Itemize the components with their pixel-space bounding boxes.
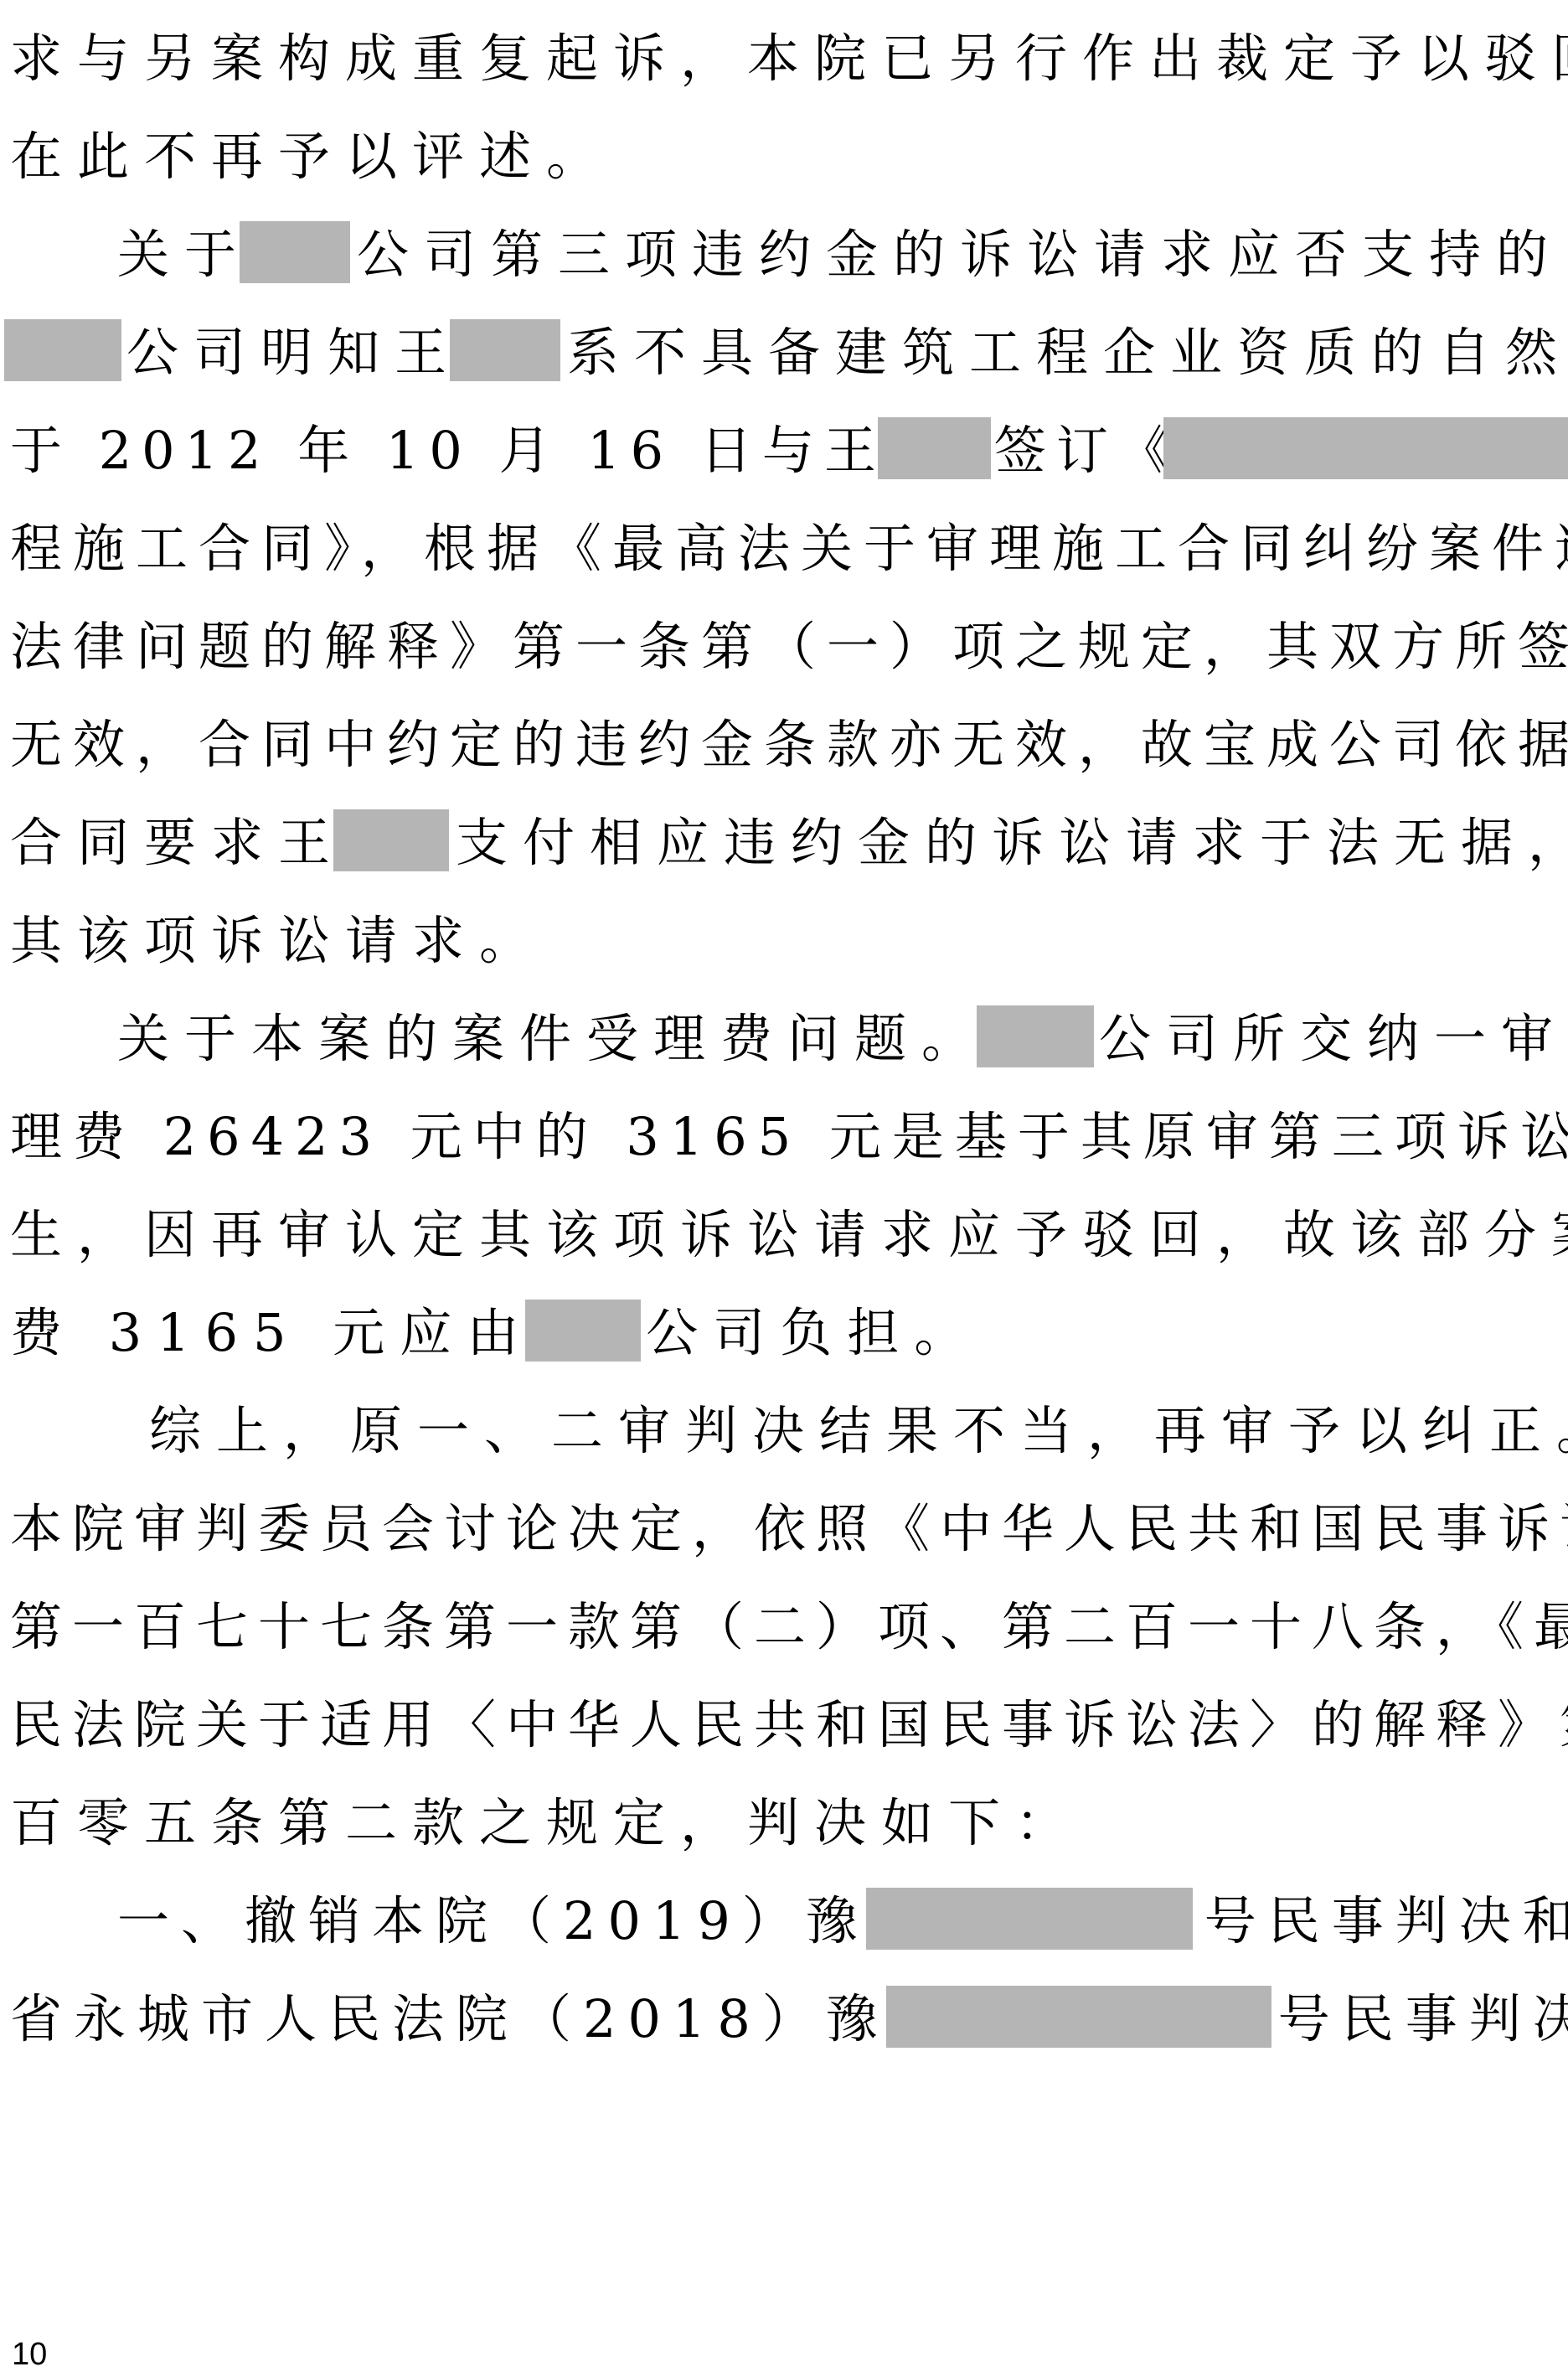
text-segment: 系不具备建筑工程企业资质的自然人，仍: [567, 311, 1568, 395]
text-line: 程施工合同》，根据《最高法关于审理施工合同纠纷案件适用: [10, 507, 1560, 591]
redaction-box: [866, 1888, 1193, 1950]
text-segment: 其该项诉讼请求。: [10, 899, 546, 983]
text-segment: 关于本案的案件受理费问题。: [117, 997, 988, 1081]
text-segment: 综上，原一、二审判决结果不当，再审予以纠正。本案经: [149, 1389, 1568, 1473]
text-segment: 第一百七十七条第一款第（二）项、第二百一十八条，《最高人: [10, 1585, 1568, 1669]
text-segment: 本院审判委员会讨论决定，依照《中华人民共和国民事诉讼法》: [10, 1487, 1568, 1571]
text-segment: 费 3165 元应由: [10, 1291, 534, 1375]
redaction-box: [886, 1986, 1271, 2048]
text-segment: 支付相应违约金的诉讼请求于法无据，应驳回: [456, 801, 1568, 885]
text-segment: 公司所交纳一审案件受: [1099, 997, 1568, 1081]
text-segment: 省永城市人民法院（2018）豫: [10, 1977, 890, 2061]
text-line: 百零五条第二款之规定，判决如下：: [10, 1781, 1560, 1865]
redaction-box: [1163, 417, 1568, 479]
text-line: 求与另案构成重复起诉，本院已另行作出裁定予以驳回起诉，: [10, 17, 1560, 101]
text-segment: 号民事判决和河南: [1204, 1879, 1568, 1963]
text-segment: 签订《: [994, 409, 1180, 493]
text-segment: 百零五条第二款之规定，判决如下：: [10, 1781, 1082, 1865]
text-line: 本院审判委员会讨论决定，依照《中华人民共和国民事诉讼法》: [10, 1487, 1560, 1571]
text-segment: 求与另案构成重复起诉，本院已另行作出裁定予以驳回起诉，: [10, 17, 1568, 101]
text-line: 其该项诉讼请求。: [10, 899, 1560, 983]
redaction-box: [450, 319, 560, 381]
text-segment: 生，因再审认定其该项诉讼请求应予驳回，故该部分案件受理: [10, 1193, 1568, 1277]
text-line: 费 3165 元应由公司负担。: [10, 1291, 1560, 1375]
text-line: 综上，原一、二审判决结果不当，再审予以纠正。本案经: [149, 1389, 1568, 1473]
document-page: 求与另案构成重复起诉，本院已另行作出裁定予以驳回起诉， 在此不再予以评述。 关于…: [0, 0, 1568, 2377]
text-segment: 于 2012 年 10 月 16 日与王: [10, 409, 886, 493]
text-line: 合同要求王支付相应违约金的诉讼请求于法无据，应驳回: [10, 801, 1560, 885]
text-segment: 公司明知王: [126, 311, 462, 395]
text-line: 民法院关于适用〈中华人民共和国民事诉讼法〉的解释》第四: [10, 1683, 1560, 1767]
text-segment: 公司第三项违约金的诉讼请求应否支持的问题。: [357, 213, 1568, 297]
page-number: 10: [12, 2338, 47, 2371]
text-line: 省永城市人民法院（2018）豫号民事判决；: [10, 1977, 1560, 2061]
redaction-box: [977, 1005, 1094, 1067]
redaction-box: [333, 809, 449, 871]
text-segment: 法律问题的解释》第一条第（一）项之规定，其双方所签合同: [10, 605, 1568, 689]
text-line: 关于公司第三项违约金的诉讼请求应否支持的问题。: [117, 213, 1568, 297]
redaction-box: [525, 1300, 641, 1362]
text-segment: 在此不再予以评述。: [10, 115, 613, 199]
text-segment: 合同要求王: [10, 801, 345, 885]
text-line: 生，因再审认定其该项诉讼请求应予驳回，故该部分案件受理: [10, 1193, 1560, 1277]
text-line: 法律问题的解释》第一条第（一）项之规定，其双方所签合同: [10, 605, 1560, 689]
redaction-box: [878, 417, 991, 479]
text-segment: 民法院关于适用〈中华人民共和国民事诉讼法〉的解释》第四: [10, 1683, 1568, 1767]
text-line: 于 2012 年 10 月 16 日与王签订《社区工: [10, 409, 1560, 493]
text-line: 一、撤销本院（2019）豫号民事判决和河南: [117, 1879, 1568, 1963]
text-segment: 程施工合同》，根据《最高法关于审理施工合同纠纷案件适用: [10, 507, 1568, 591]
text-line: 公司明知王系不具备建筑工程企业资质的自然人，仍: [4, 311, 1554, 395]
text-segment: 公司负担。: [646, 1291, 981, 1375]
text-line: 关于本案的案件受理费问题。公司所交纳一审案件受: [117, 997, 1568, 1081]
text-segment: 号民事判决；: [1278, 1977, 1568, 2061]
text-line: 理费 26423 元中的 3165 元是基于其原审第三项诉讼请求所产: [10, 1095, 1560, 1179]
redaction-box: [240, 221, 350, 283]
text-segment: 理费 26423 元中的 3165 元是基于其原审第三项诉讼请求所产: [10, 1095, 1568, 1179]
text-line: 在此不再予以评述。: [10, 115, 1560, 199]
text-line: 第一百七十七条第一款第（二）项、第二百一十八条，《最高人: [10, 1585, 1560, 1669]
text-line: 无效，合同中约定的违约金条款亦无效，故宝成公司依据无效: [10, 703, 1560, 787]
text-segment: 一、撤销本院（2019）豫: [117, 1879, 869, 1963]
redaction-box: [4, 319, 121, 381]
text-segment: 无效，合同中约定的违约金条款亦无效，故宝成公司依据无效: [10, 703, 1568, 787]
text-segment: 关于: [117, 213, 251, 297]
